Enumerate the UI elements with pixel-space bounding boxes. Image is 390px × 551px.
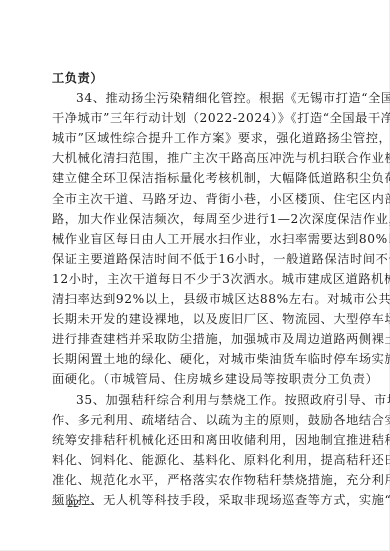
text-line: 准化、规范化水平，严格落实农作物秸秆禁烧措施，充分利用视 — [52, 470, 348, 490]
text-line: 路，加大作业保洁频次，每周至少进行1—2次深度保洁作业，机 — [52, 209, 348, 229]
text-line: 清扫率达到92%以上，县级市城区达88%左右。对城市公共区域、 — [52, 289, 348, 309]
text-line: 长期未开发的建设裸地，以及废旧厂区、物流园、大型停车场等 — [52, 309, 348, 329]
text-line: 面硬化。（市城管局、住房城乡建设局等按职责分工负责） — [52, 369, 348, 389]
text-line: 工负责） — [52, 68, 348, 88]
text-line: 料化、饲料化、能源化、基料化、原料化利用，提高秸秆还田标 — [52, 450, 348, 470]
text-line: 干净城市”三年行动计划（2022-2024）》《打造“全国最干净 — [52, 108, 348, 128]
section-34-heading-line: 34、推动扬尘污染精细化管控。根据《无锡市打造“全国最 — [52, 88, 348, 108]
text-line: 建立健全环卫保洁指标量化考核机制，大幅降低道路积尘负荷。 — [52, 168, 348, 188]
body-text: 工负责） 34、推动扬尘污染精细化管控。根据《无锡市打造“全国最 干净城市”三年… — [52, 68, 348, 510]
text-line: 12小时，主次干道每日不少于3次洒水。城市建成区道路机械化 — [52, 269, 348, 289]
text-line: 长期闲置土地的绿化、硬化，对城市柴油货车临时停车场实施路 — [52, 349, 348, 369]
section-35-heading-line: 35、加强秸秆综合利用与禁烧工作。按照政府引导、市场运 — [52, 390, 348, 410]
text-line: 大机械化清扫范围，推广主次干路高压冲洗与机扫联合作业模式， — [52, 148, 348, 168]
document-page: 工负责） 34、推动扬尘污染精细化管控。根据《无锡市打造“全国最 干净城市”三年… — [0, 0, 390, 551]
text-line: 作、多元利用、疏堵结合、以疏为主的原则，鼓励各地结合实际 — [52, 410, 348, 430]
text-line: 保证主要道路保洁时间不低于16小时，一般道路保洁时间不低于 — [52, 249, 348, 269]
text-line: 械作业盲区每日由人工开展水扫作业，水扫率需要达到80%以上， — [52, 229, 348, 249]
text-line: 城市”区域性综合提升工作方案》要求，强化道路扬尘管控，扩 — [52, 128, 348, 148]
text-line: 频监控、无人机等科技手段，采取非现场巡查等方式，实施“定 — [52, 490, 348, 510]
text-line: 统筹安排秸秆机械化还田和离田收储利用，因地制宜推进秸秆肥 — [52, 430, 348, 450]
page-number: — 22 — — [52, 496, 94, 511]
text-line: 进行排查建档并采取防尘措施，加强城市及周边道路两侧裸土、 — [52, 329, 348, 349]
text-line: 全市主次干道、马路牙边、背街小巷，小区楼顶、住宅区内部道 — [52, 189, 348, 209]
